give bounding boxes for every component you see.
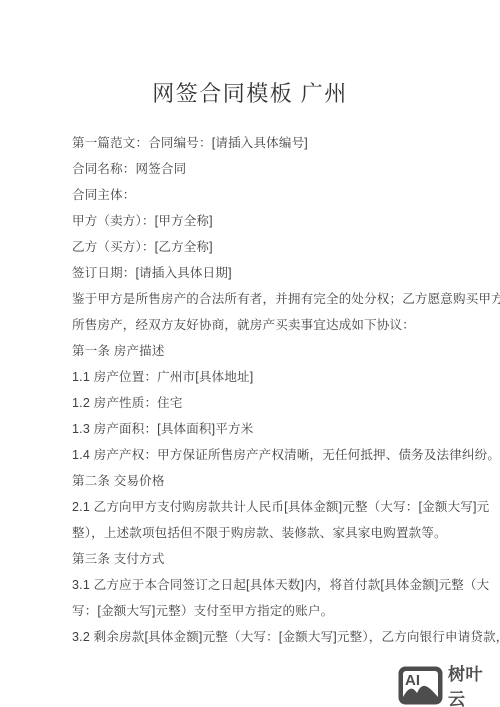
doc-line: 鉴于甲方是所售房产的合法所有者，并拥有完全的处分权；乙方愿意购买甲方: [72, 286, 450, 312]
svg-text:AI: AI: [405, 672, 420, 689]
doc-line: 2.1 乙方向甲方支付购房款共计人民币[具体金额]元整（大写：[金额大写]元: [72, 494, 450, 520]
doc-line: 所售房产，经双方友好协商，就房产买卖事宜达成如下协议：: [72, 312, 450, 338]
doc-line: 签订日期：[请插入具体日期]: [72, 260, 450, 286]
document-title: 网签合同模板 广州: [0, 0, 500, 107]
doc-line: 1.1 房产位置：广州市[具体地址]: [72, 364, 450, 390]
doc-line: 合同名称：网签合同: [72, 156, 450, 182]
ai-image-icon: AI: [398, 666, 443, 705]
doc-line: 1.2 房产性质：住宅: [72, 390, 450, 416]
doc-line: 3.1 乙方应于本合同签订之日起[具体天数]内，将首付款[具体金额]元整（大: [72, 572, 450, 598]
doc-line: 1.3 房产面积：[具体面积]平方米: [72, 416, 450, 442]
document-body: 第一篇范文：合同编号：[请插入具体编号]合同名称：网签合同合同主体：甲方（卖方）…: [0, 130, 500, 650]
contract-document-page: 网签合同模板 广州 第一篇范文：合同编号：[请插入具体编号]合同名称：网签合同合…: [0, 0, 500, 707]
brand-name: 树叶云: [448, 660, 500, 707]
doc-line: 第三条 支付方式: [72, 546, 450, 572]
doc-line: 乙方（买方）：[乙方全称]: [72, 234, 450, 260]
doc-line: 第一条 房产描述: [72, 338, 450, 364]
doc-line: 1.4 房产产权：甲方保证所售房产产权清晰，无任何抵押、债务及法律纠纷。: [72, 442, 450, 468]
doc-line: 写：[金额大写]元整）支付至甲方指定的账户。: [72, 598, 450, 624]
doc-line: 第二条 交易价格: [72, 468, 450, 494]
doc-line: 整），上述款项包括但不限于购房款、装修款、家具家电购置款等。: [72, 520, 450, 546]
doc-line: 甲方（卖方）：[甲方全称]: [72, 208, 450, 234]
doc-line: 第一篇范文：合同编号：[请插入具体编号]: [72, 130, 450, 156]
doc-line: 3.2 剩余房款[具体金额]元整（大写：[金额大写]元整），乙方向银行申请贷款，: [72, 624, 450, 650]
brand-watermark: AI 树叶云: [398, 660, 500, 707]
doc-line: 合同主体：: [72, 182, 450, 208]
